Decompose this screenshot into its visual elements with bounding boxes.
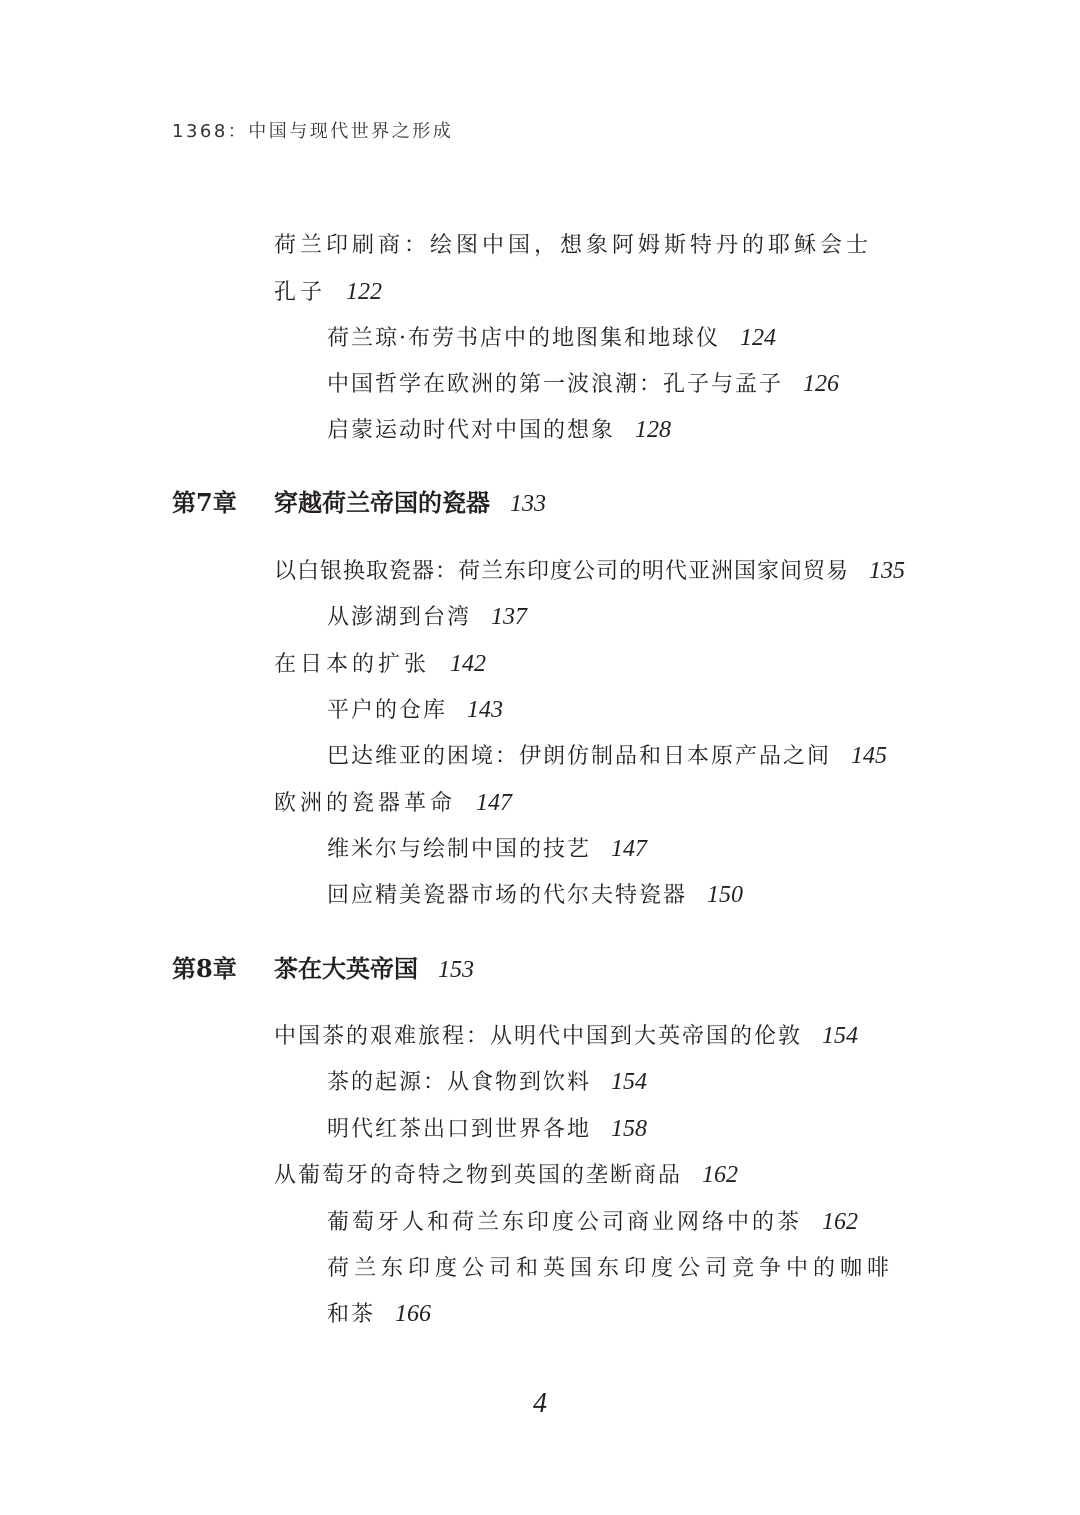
toc-entry[interactable]: 启蒙运动时代对中国的想象128 xyxy=(327,413,671,444)
page-ref: 150 xyxy=(707,882,743,908)
page-ref: 153 xyxy=(438,957,474,983)
page-ref: 154 xyxy=(611,1069,647,1095)
page-ref: 124 xyxy=(740,325,776,351)
page-ref: 154 xyxy=(822,1023,858,1049)
page-ref: 166 xyxy=(395,1301,431,1327)
page-ref: 128 xyxy=(635,417,671,443)
page-ref: 147 xyxy=(476,790,512,816)
page-ref: 158 xyxy=(611,1116,647,1142)
toc-entry[interactable]: 中国茶的艰难旅程：从明代中国到大英帝国的伦敦154 xyxy=(274,1019,858,1050)
toc-entry[interactable]: 明代红茶出口到世界各地158 xyxy=(327,1112,647,1143)
page-ref: 135 xyxy=(869,558,905,584)
toc-entry[interactable]: 平户的仓库143 xyxy=(327,693,503,724)
page-number: 4 xyxy=(0,1388,1080,1420)
toc-entry[interactable]: 葡萄牙人和荷兰东印度公司商业网络中的茶162 xyxy=(327,1205,858,1236)
running-header: 1368：中国与现代世界之形成 xyxy=(172,117,453,143)
toc-entry[interactable]: 巴达维亚的困境：伊朗仿制品和日本原产品之间145 xyxy=(327,739,887,770)
chapter-heading[interactable]: 第7章穿越荷兰帝国的瓷器133 xyxy=(172,483,546,518)
page-ref: 142 xyxy=(450,651,486,677)
toc-entry[interactable]: 中国哲学在欧洲的第一波浪潮：孔子与孟子126 xyxy=(327,367,839,398)
toc-entry[interactable]: 荷兰印刷商：绘图中国，想象阿姆斯特丹的耶稣会士 xyxy=(274,228,872,259)
toc-entry[interactable]: 荷兰琼·布劳书店中的地图集和地球仪124 xyxy=(327,321,776,352)
page-ref: 147 xyxy=(611,836,647,862)
toc-entry[interactable]: 维米尔与绘制中国的技艺147 xyxy=(327,832,647,863)
page-ref: 162 xyxy=(822,1209,858,1235)
page-ref: 137 xyxy=(491,604,527,630)
toc-entry[interactable]: 在日本的扩张142 xyxy=(274,647,486,678)
page-ref: 143 xyxy=(467,697,503,723)
page-ref: 122 xyxy=(346,279,382,305)
page-ref: 133 xyxy=(510,491,546,517)
toc-entry[interactable]: 从葡萄牙的奇特之物到英国的垄断商品162 xyxy=(274,1158,738,1189)
toc-entry[interactable]: 和茶166 xyxy=(327,1297,431,1328)
toc-entry[interactable]: 从澎湖到台湾137 xyxy=(327,600,527,631)
toc-entry[interactable]: 以白银换取瓷器：荷兰东印度公司的明代亚洲国家间贸易135 xyxy=(274,554,905,585)
toc-entry[interactable]: 孔子122 xyxy=(274,275,382,306)
chapter-heading[interactable]: 第8章茶在大英帝国153 xyxy=(172,949,474,984)
toc-entry[interactable]: 回应精美瓷器市场的代尔夫特瓷器150 xyxy=(327,878,743,909)
page-ref: 162 xyxy=(702,1162,738,1188)
toc-entry[interactable]: 茶的起源：从食物到饮料154 xyxy=(327,1065,647,1096)
page-ref: 145 xyxy=(851,743,887,769)
page-ref: 126 xyxy=(803,371,839,397)
toc-entry[interactable]: 荷兰东印度公司和英国东印度公司竞争中的咖啡 xyxy=(327,1251,894,1282)
toc-entry[interactable]: 欧洲的瓷器革命147 xyxy=(274,786,512,817)
